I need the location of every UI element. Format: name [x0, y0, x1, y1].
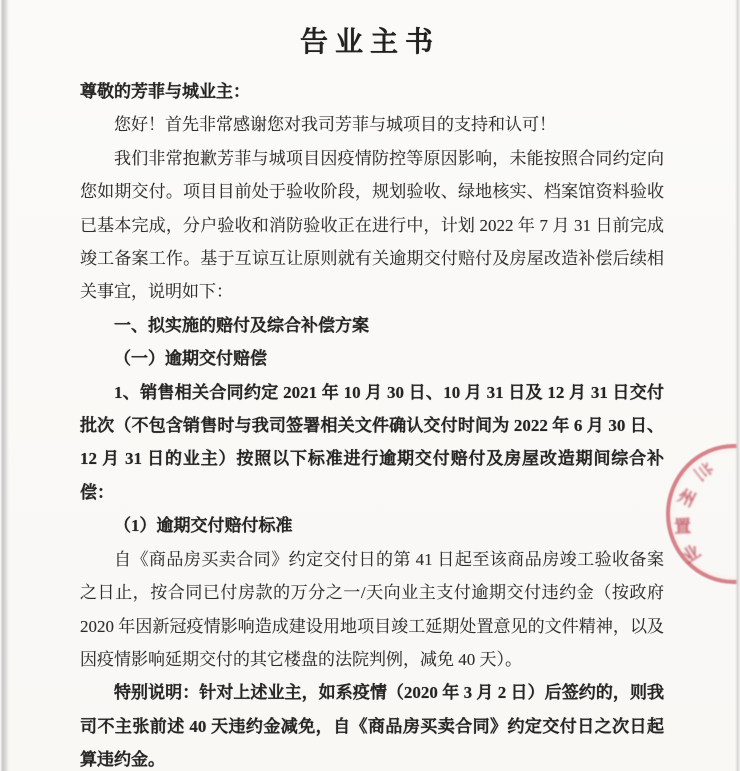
scanned-document-page: 告业主书 尊敬的芳菲与城业主：您好！首先非常感谢您对我司芳菲与城项目的支持和认可…	[0, 0, 740, 771]
document-body: 尊敬的芳菲与城业主：您好！首先非常感谢您对我司芳菲与城项目的支持和认可！我们非常…	[80, 75, 664, 771]
document-paragraph: 1、销售相关合同约定 2021 年 10 月 30 日、10 月 31 日及 1…	[80, 376, 664, 510]
document-paragraph: 一、拟实施的赔付及综合补偿方案	[80, 309, 664, 342]
document-paragraph: 特别说明：针对上述业主，如系疫情（2020 年 3 月 2 日）后签约的，则我司…	[80, 676, 664, 771]
document-paragraph: （1）逾期交付赔付标准	[80, 509, 664, 542]
document-paragraph: 您好！首先非常感谢您对我司芳菲与城项目的支持和认可！	[80, 108, 664, 141]
scan-edge-left	[0, 0, 9, 771]
seal-character: 置	[674, 512, 692, 538]
document-paragraph: 自《商品房买卖合同》约定交付日的第 41 日起至该商品房竣工验收备案之日止，按合…	[80, 543, 664, 677]
official-seal-icon: 兰 州 置 业	[666, 444, 740, 584]
document-paragraph: （一）逾期交付赔偿	[80, 342, 664, 375]
scan-edge-right	[735, 0, 740, 771]
seal-character: 业	[677, 537, 705, 567]
seal-character: 州	[674, 482, 700, 512]
document-title: 告业主书	[0, 0, 740, 58]
seal-character: 兰	[689, 456, 719, 485]
document-paragraph: 尊敬的芳菲与城业主：	[80, 75, 664, 108]
document-paragraph: 我们非常抱歉芳菲与城项目因疫情防控等原因影响，未能按照合同约定向您如期交付。项目…	[80, 142, 664, 309]
